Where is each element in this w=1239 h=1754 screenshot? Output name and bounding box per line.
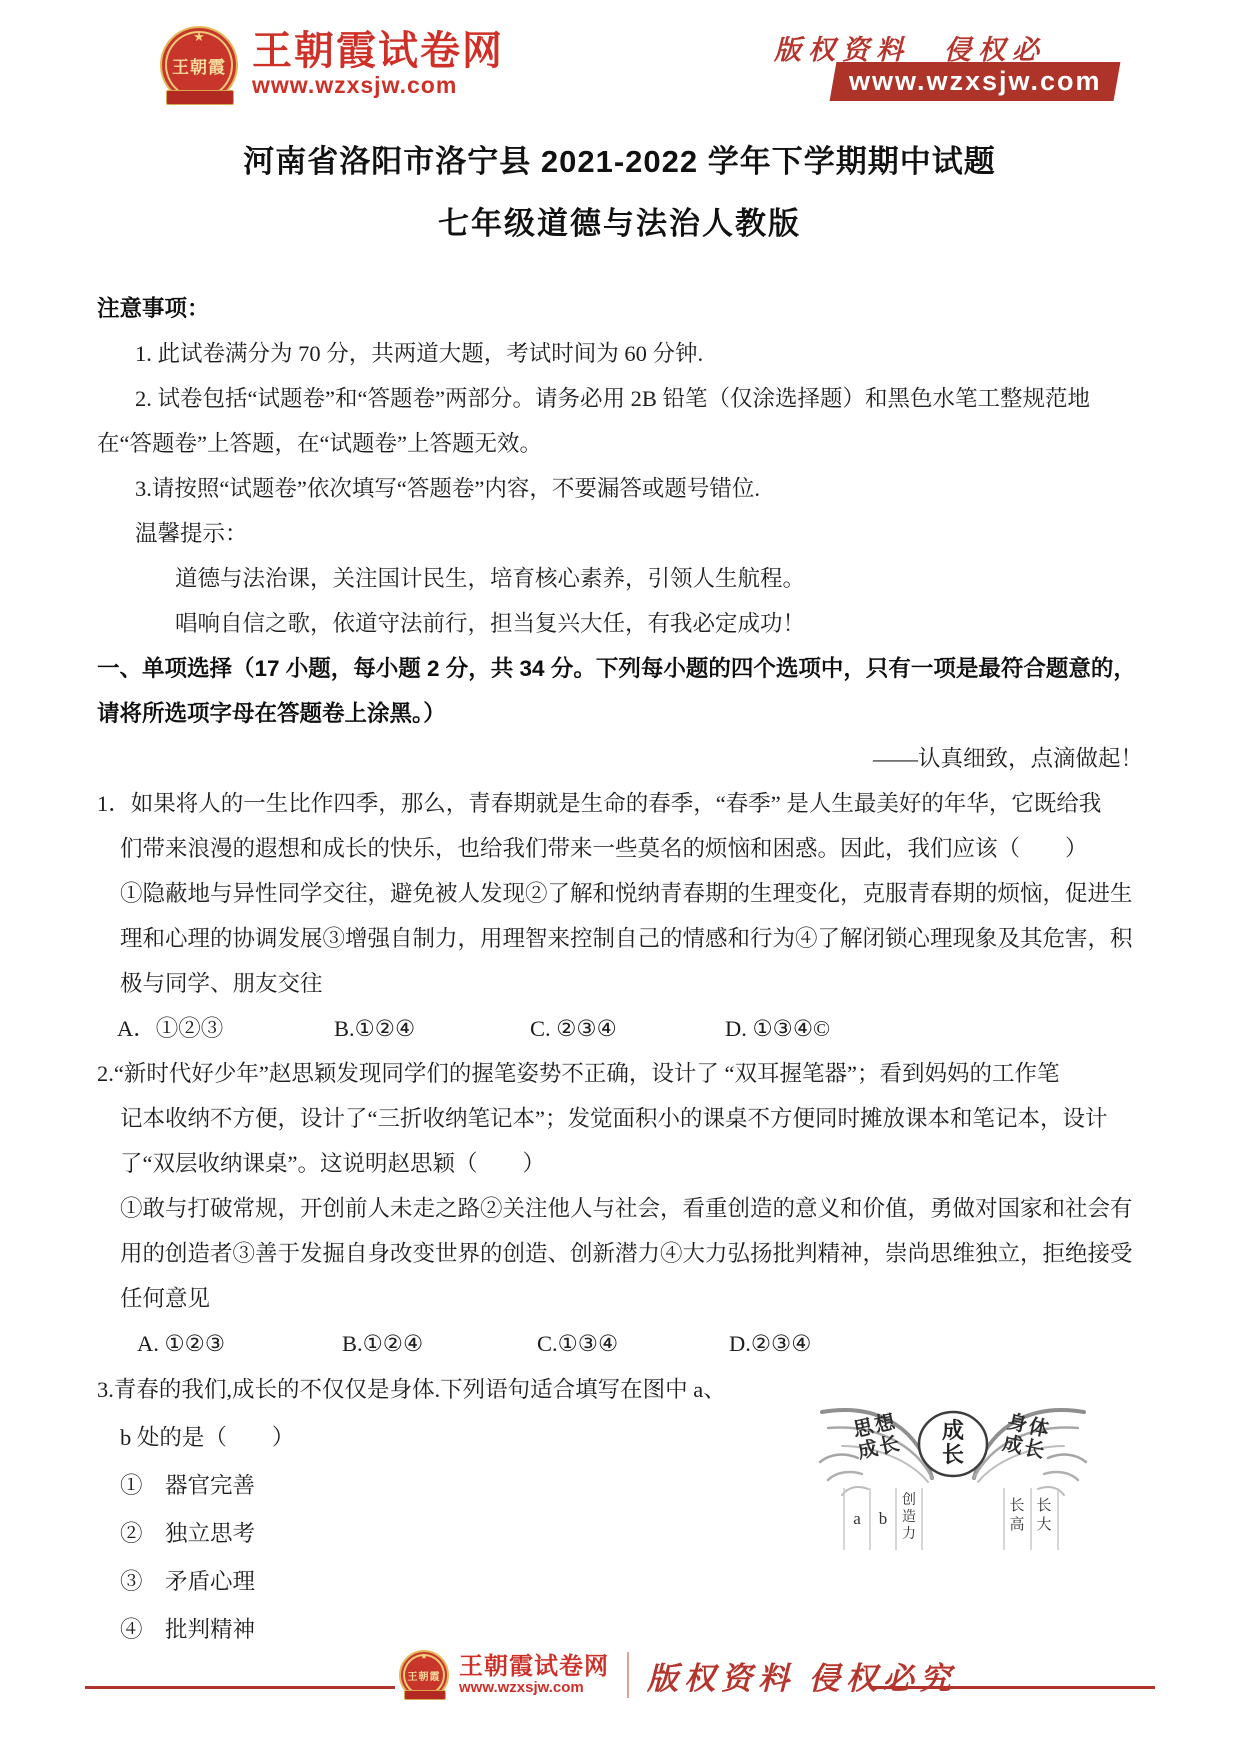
footer-rule-left (85, 1686, 395, 1689)
site-url-banner: www.wzxsjw.com (830, 62, 1121, 101)
notice-line: 2. 试卷包括“试题卷”和“答题卷”两部分。请务必用 2B 铅笔（仅涂选择题）和… (97, 376, 1143, 421)
ribbon-icon (404, 1690, 446, 1700)
question-2-line: 用的创造者③善于发掘自身改变世界的创造、创新潜力④大力弘扬批判精神，崇尚思维独立… (97, 1231, 1143, 1276)
section-motto: ——认真细致，点滴做起！ (97, 736, 1143, 781)
question-1-options: A．①②③ B.①②④ C. ②③④ D. ①③④© (97, 1006, 1143, 1051)
logo-badge-text: 王朝霞 (172, 53, 226, 78)
option-c: C. ②③④ (530, 1006, 725, 1051)
notice-line: 1. 此试卷满分为 70 分，共两道大题，考试时间为 60 分钟. (97, 331, 1143, 376)
star-icon: ★ (193, 30, 205, 43)
logo-text-block: 王朝霞试卷网 www.wzxsjw.com (252, 31, 504, 99)
tag-zhangda: 长大 (1036, 1497, 1051, 1533)
question-3-item: ④ 批判精神 (97, 1606, 1143, 1654)
tip-line: 唱响自信之歌，依道守法前行，担当复兴大任，有我必定成功！ (97, 601, 1143, 646)
ribbon-icon (166, 90, 233, 105)
tip-line: 道德与法治课，关注国计民生，培育核心素养，引领人生航程。 (97, 556, 1143, 601)
footer-slogan: 版权资料 侵权必究 (647, 1653, 957, 1698)
question-2-line: 2.“新时代好少年”赵思颖发现同学们的握笔姿势不正确，设计了 “双耳握笔器”；看… (97, 1051, 1143, 1096)
question-2-line: 记本收纳不方便，设计了“三折收纳笔记本”；发觉面积小的课桌不方便同时摊放课本和笔… (97, 1096, 1143, 1141)
question-1-line: 1．如果将人的一生比作四季，那么，青春期就是生命的春季，“春季” 是人生最美好的… (97, 781, 1143, 826)
tag-chuangzaoli: 创造力 (902, 1491, 916, 1542)
question-2-line: 任何意见 (97, 1276, 1143, 1321)
site-url-banner-text: www.wzxsjw.com (849, 66, 1102, 97)
option-b: B.①②④ (334, 1006, 530, 1051)
growth-wings-figure: 成 长 思想 成长 身体 成长 a b 创造力 长高 长大 (812, 1388, 1142, 1584)
tag-b: b (879, 1509, 888, 1528)
site-url: www.wzxsjw.com (252, 72, 504, 99)
tips-heading: 温馨提示： (97, 511, 1143, 556)
site-name: 王朝霞试卷网 (252, 31, 504, 72)
question-1-line: ①隐蔽地与异性同学交往，避免被人发现②了解和悦纳青春期的生理变化，克服青春期的烦… (97, 871, 1143, 916)
growth-circle-label-top: 成 (942, 1418, 964, 1443)
paper-subtitle: 七年级道德与法治人教版 (0, 198, 1239, 243)
site-logo: ★ 王朝霞 王朝霞试卷网 www.wzxsjw.com (160, 26, 504, 104)
tag-zhanggao: 长高 (1009, 1497, 1024, 1533)
growth-circle-label-bottom: 长 (942, 1442, 964, 1467)
footer-site-url: www.wzxsjw.com (459, 1679, 609, 1696)
question-2-options: A. ①②③ B.①②④ C.①③④ D.②③④ (97, 1321, 1143, 1366)
footer-badge-text: 王朝霞 (408, 1668, 441, 1683)
tag-a: a (853, 1509, 861, 1528)
question-2-line: ①敢与打破常规，开创前人未走之路②关注他人与社会，看重创造的意义和价值，勇做对国… (97, 1186, 1143, 1231)
section-heading-line: 一、单项选择（17 小题，每小题 2 分，共 34 分。下列每小题的四个选项中，… (97, 646, 1143, 691)
exam-paper-page: ★ 王朝霞 王朝霞试卷网 www.wzxsjw.com 版权资料 侵权必究 ww… (0, 0, 1239, 1754)
option-c: C.①③④ (537, 1321, 729, 1366)
question-1-line: 极与同学、朋友交往 (97, 961, 1143, 1006)
notice-line: 在“答题卷”上答题，在“试题卷”上答题无效。 (97, 421, 1143, 466)
question-2-line: 了“双层收纳课桌”。这说明赵思颖（ ） (97, 1141, 1143, 1186)
option-b: B.①②④ (342, 1321, 537, 1366)
footer-divider (627, 1652, 629, 1698)
star-icon: ★ (420, 1653, 427, 1661)
option-d: D.②③④ (729, 1321, 811, 1366)
footer-logo-text: 王朝霞试卷网 www.wzxsjw.com (459, 1654, 609, 1696)
footer-site-name: 王朝霞试卷网 (459, 1654, 609, 1679)
notice-heading: 注意事项： (97, 286, 1143, 331)
paper-title: 河南省洛阳市洛宁县 2021-2022 学年下学期期中试题 (0, 136, 1239, 181)
question-1-line: 们带来浪漫的遐想和成长的快乐，也给我们带来一些莫名的烦恼和困惑。因此，我们应该（… (97, 826, 1143, 871)
option-d: D. ①③④© (725, 1006, 830, 1051)
option-a: A．①②③ (117, 1006, 334, 1051)
footer-brand: ★ 王朝霞 王朝霞试卷网 www.wzxsjw.com 版权资料 侵权必究 (399, 1650, 957, 1700)
option-a: A. ①②③ (137, 1321, 342, 1366)
section-heading-line: 请将所选项字母在答题卷上涂黑。） (97, 691, 1143, 736)
logo-badge-icon: ★ 王朝霞 (160, 26, 238, 104)
footer-badge-icon: ★ 王朝霞 (399, 1650, 449, 1700)
notice-line: 3.请按照“试题卷”依次填写“答题卷”内容，不要漏答或题号错位. (97, 466, 1143, 511)
question-1-line: 理和心理的协调发展③增强自制力，用理智来控制自己的情感和行为④了解闭锁心理现象及… (97, 916, 1143, 961)
